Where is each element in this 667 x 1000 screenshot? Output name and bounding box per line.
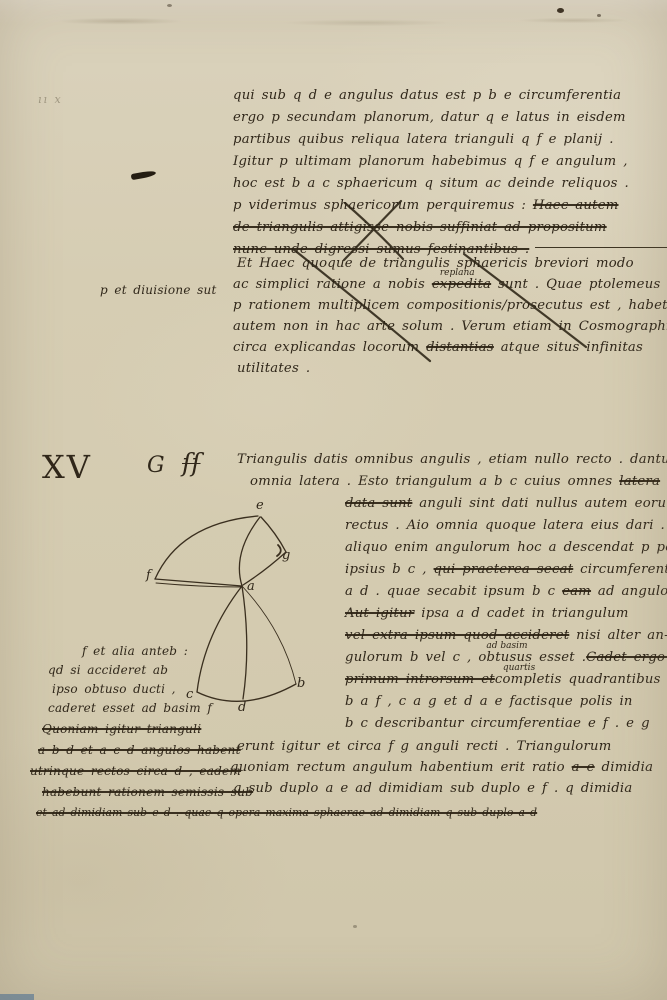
struck-text: distantias <box>426 340 494 355</box>
paper-speck <box>597 14 601 17</box>
handwritten-text: utilitates . <box>237 361 310 376</box>
line-f-a <box>155 579 242 586</box>
struck-text: utrinque rectos circa d , eadem <box>30 764 241 778</box>
struck-text: vel extra ipsum quod accideret <box>345 628 569 643</box>
handwritten-text: nisi alter an- <box>569 628 667 643</box>
paper-speck <box>167 4 172 7</box>
handwritten-text: b c describantur circumferentiae e f . e… <box>345 716 650 731</box>
struck-text: Haec autem <box>533 198 619 213</box>
text-line: partibus quibus reliqua latera trianguli… <box>233 132 614 147</box>
text-line: ergo p secundam planorum, datur q e latu… <box>233 110 626 125</box>
handwritten-text: ac simplici ratione a nobis <box>233 277 432 292</box>
handwritten-text: qui sub q d e angulus datus est p b e ci… <box>233 88 621 103</box>
text-line: quoniam rectum angulum habentium erit ra… <box>230 760 653 775</box>
text-line: omnia latera . Esto triangulum a b c cui… <box>250 474 660 489</box>
struck-text: expedita <box>432 277 491 292</box>
text-line: primum introrsum etquartis completis qua… <box>345 672 661 687</box>
text-line: utilitates . <box>237 361 310 376</box>
handwritten-text: partibus quibus reliqua latera trianguli… <box>233 132 614 147</box>
handwritten-text: sunt . Quae ptolemeus alij <box>491 277 667 292</box>
scan-edge-strip <box>0 994 34 1000</box>
text-line: a d . quae secabit ipsum b c eam ad angu… <box>345 584 667 599</box>
text-line: rectus . Aio omnia quoque latera eius da… <box>345 518 667 533</box>
faint-margin-mark: ıı x <box>38 93 63 106</box>
correction-annotation: replanaexpedita <box>432 277 491 292</box>
handwritten-text: ergo p secundam planorum, datur q e latu… <box>233 110 626 125</box>
handwritten-text: atque situs infinitas <box>494 340 643 355</box>
handwritten-text: quoniam rectum angulum habentium erit ra… <box>230 760 572 775</box>
ink-blot <box>131 170 157 180</box>
handwritten-text: Igitur p ultimam planorum habebimus q f … <box>233 154 628 169</box>
diagram-label-b: b <box>297 676 305 691</box>
handwritten-text: Triangulis datis omnibus angulis , etiam… <box>237 452 667 467</box>
text-line: circa explicandas locorum distantias atq… <box>233 340 643 355</box>
diagram-label-e: e <box>256 498 264 513</box>
handwritten-text: hoc est b a c sphaericum q situm ac dein… <box>233 176 629 191</box>
text-line: Triangulis datis omnibus angulis , etiam… <box>237 452 667 467</box>
chapter-number: XV <box>42 448 92 486</box>
struck-text: Aut igitur <box>345 606 414 621</box>
spherical-triangle-diagram: e g f a c d b <box>90 495 330 725</box>
struck-text: latera <box>619 474 660 489</box>
handwritten-text: gulorum b vel c , <box>345 650 478 665</box>
struck-text: et ad dimidiam sub e d . quae q opera ma… <box>36 806 537 819</box>
correction-annotation: quartis completis <box>495 672 562 687</box>
struck-text: nunc unde digressi sumus festinantibus . <box>233 242 529 257</box>
margin-note-line: a b d et a c d angulos habent <box>38 743 241 757</box>
diagram-label-f: f <box>145 568 153 583</box>
struck-text: qui praeterea secat <box>434 562 574 577</box>
handwritten-text: ipsa a d cadet in triangulum <box>414 606 628 621</box>
diagram-label-a: a <box>247 579 255 594</box>
handwritten-text: b a f , c a g et d a e factisque polis i… <box>345 694 633 709</box>
margin-note-line: habebunt rationem semissis sub <box>42 785 253 799</box>
handwritten-text: a d . quae secabit ipsum b c <box>345 584 562 599</box>
text-line: nunc unde digressi sumus festinantibus . <box>233 242 667 257</box>
text-line: Aut igitur ipsa a d cadet in triangulum <box>345 606 629 621</box>
paper-speck <box>557 8 564 13</box>
interlinear-insertion: replana <box>440 268 475 278</box>
text-line: q sub duplo a e ad dimidiam sub duplo e … <box>233 781 632 796</box>
handwritten-text: dimidia <box>595 760 654 775</box>
handwritten-text: aliquo enim angulorum hoc a descendat p … <box>345 540 667 555</box>
struck-text: data sunt <box>345 496 412 511</box>
handwritten-text: quadrantibus <box>562 672 661 687</box>
handwritten-text: completis <box>495 672 562 687</box>
struck-text: primum introrsum et <box>345 672 495 687</box>
handwritten-text: ipsius b c , <box>345 562 434 577</box>
torn-edge-shadow <box>0 18 667 26</box>
handwritten-text: Et Haec quoque de triangulis sphaericis … <box>237 256 634 271</box>
struck-text: eam <box>562 584 591 599</box>
text-line: b c describantur circumferentiae e f . e… <box>345 716 650 731</box>
text-line: b a f , c a g et d a e factisque polis i… <box>345 694 633 709</box>
struck-text: de triangulis attigisse nobis suffiniat … <box>233 220 607 235</box>
arc-e-a-d <box>239 517 260 699</box>
handwritten-text: autem non in hac arte solum . Verum etia… <box>233 319 667 334</box>
handwritten-text: ad angulos rectos <box>591 584 667 599</box>
text-line: aliquo enim angulorum hoc a descendat p … <box>345 540 667 555</box>
section-symbol: ſſ <box>182 448 201 477</box>
margin-note: p et diuisione sut <box>100 283 217 297</box>
diagram-label-d: d <box>238 700 246 715</box>
handwritten-text: circumferentia <box>573 562 667 577</box>
arc-a-b <box>242 586 296 684</box>
arc-a-c <box>197 586 242 692</box>
text-line: Igitur p ultimam planorum habebimus q f … <box>233 154 628 169</box>
interlinear-insertion: ad basim <box>486 641 527 651</box>
text-line: Et Haec quoque de triangulis sphaericis … <box>237 256 634 271</box>
text-line: de triangulis attigisse nobis suffiniat … <box>233 220 607 235</box>
handwritten-text: p rationem multiplicem compositionis/pro… <box>233 298 667 313</box>
handwritten-text: q sub duplo a e ad dimidiam sub duplo e … <box>233 781 632 796</box>
text-line: ac simplici ratione a nobis replanaexped… <box>233 277 667 292</box>
struck-text: a b d et a c d angulos habent <box>38 743 241 757</box>
paragraph-symbol: G <box>147 453 165 478</box>
interlinear-insertion: quartis <box>503 663 535 673</box>
struck-text: habebunt rationem semissis sub <box>42 785 253 799</box>
angle-mark-g <box>277 545 281 556</box>
handwritten-text: anguli sint dati nullus autem eorum <box>412 496 667 511</box>
text-line: erunt igitur et circa f g anguli recti .… <box>237 739 612 754</box>
margin-note-line: utrinque rectos circa d , eadem <box>30 764 241 778</box>
text-line: ipsius b c , qui praeterea secat circumf… <box>345 562 667 577</box>
text-line: hoc est b a c sphaericum q situm ac dein… <box>233 176 629 191</box>
handwritten-text: rectus . Aio omnia quoque latera eius da… <box>345 518 667 533</box>
struck-text: a e <box>572 760 595 775</box>
bottom-deleted-line: et ad dimidiam sub e d . quae q opera ma… <box>36 806 537 819</box>
handwritten-text: omnia latera . Esto triangulum a b c cui… <box>250 474 619 489</box>
text-line: autem non in hac arte solum . Verum etia… <box>233 319 667 334</box>
text-line: data sunt anguli sint dati nullus autem … <box>345 496 667 511</box>
arc-c-d-b <box>197 684 296 701</box>
deletion-rule <box>535 247 667 248</box>
handwritten-text: erunt igitur et circa f g anguli recti .… <box>237 739 612 754</box>
handwritten-text: circa explicandas locorum <box>233 340 426 355</box>
text-line: p rationem multiplicem compositionis/pro… <box>233 298 667 313</box>
paper-speck <box>353 925 357 928</box>
struck-text: Cadet ergo Sed <box>586 650 667 665</box>
diagram-label-g: g <box>282 548 290 563</box>
text-line: p viderimus sphaericorum perquiremus : H… <box>233 198 619 213</box>
diagram-label-c: c <box>186 687 194 702</box>
manuscript-page: ıı x qui sub q d e angulus datus est p b… <box>0 0 667 1000</box>
line-e-g <box>261 517 286 552</box>
text-line: qui sub q d e angulus datus est p b e ci… <box>233 88 621 103</box>
handwritten-text: p viderimus sphaericorum perquiremus : <box>233 198 533 213</box>
